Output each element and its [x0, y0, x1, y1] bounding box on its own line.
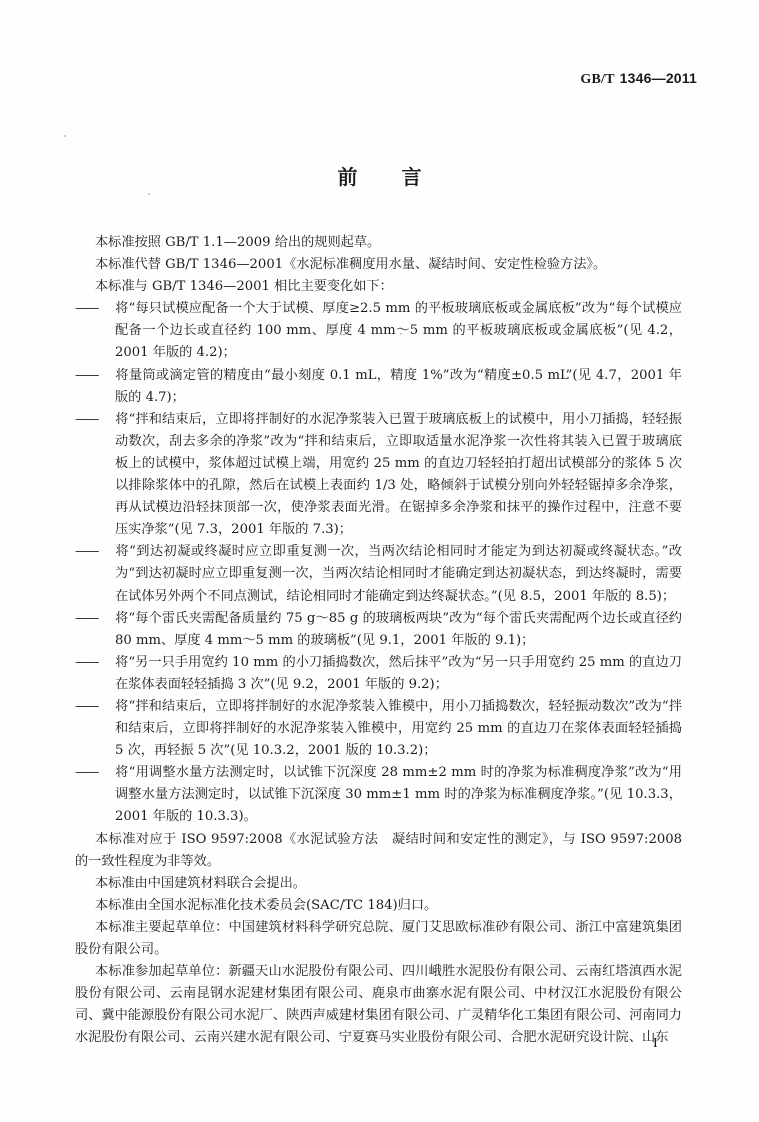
change-item-text: 将“每个雷氏夹需配备质量约 75 g～85 g 的玻璃板两块”改为“每个雷氏夹需… — [115, 611, 682, 648]
change-item-text: 将“每只试模应配备一个大于试模、厚度≥2.5 mm 的平板玻璃底板或金属底板”改… — [115, 301, 682, 360]
page-title: 前言 — [0, 161, 759, 190]
change-item: ——将“用调整水量方法测定时，以试锥下沉深度 28 mm±2 mm 时的净浆为标… — [75, 762, 682, 828]
change-item: ——将“每只试模应配备一个大于试模、厚度≥2.5 mm 的平板玻璃底板或金属底板… — [75, 298, 682, 364]
dash-marker: —— — [75, 298, 115, 320]
page-number: I — [653, 1036, 658, 1052]
dash-marker: —— — [75, 696, 115, 718]
paragraph-replaces: 本标准代替 GB/T 1346—2001《水泥标准稠度用水量、凝结时间、安定性检… — [75, 254, 682, 276]
paragraph-administered-by: 本标准由全国水泥标准化技术委员会(SAC/TC 184)归口。 — [75, 895, 682, 917]
dash-marker: —— — [75, 608, 115, 630]
dash-marker: —— — [75, 762, 115, 784]
change-item-text: 将“用调整水量方法测定时，以试锥下沉深度 28 mm±2 mm 时的净浆为标准稠… — [115, 765, 682, 824]
dash-marker: —— — [75, 409, 115, 431]
change-item: ——将“每个雷氏夹需配备质量约 75 g～85 g 的玻璃板两块”改为“每个雷氏… — [75, 608, 682, 652]
dash-marker: —— — [75, 652, 115, 674]
change-item-text: 将“到达初凝或终凝时应立即重复测一次，当两次结论相同时才能定为到达初凝或终凝状态… — [115, 544, 682, 603]
standard-prefix: GB/T — [580, 72, 614, 87]
scan-speck — [148, 193, 150, 195]
change-item-text: 将“另一只手用宽约 10 mm 的小刀插捣数次，然后抹平”改为“另一只手用宽约 … — [115, 655, 682, 692]
standard-number: 1346—2011 — [620, 70, 697, 86]
scan-speck — [400, 333, 402, 335]
change-item: ——将“拌和结束后，立即将拌制好的水泥净浆装入锥模中，用小刀插捣数次，轻轻振动数… — [75, 696, 682, 762]
dash-marker: —— — [75, 541, 115, 563]
document-page: GB/T1346—2011 前言 本标准按照 GB/T 1.1—2009 给出的… — [0, 0, 759, 1122]
change-item: ——将“另一只手用宽约 10 mm 的小刀插捣数次，然后抹平”改为“另一只手用宽… — [75, 652, 682, 696]
paragraph-participating-drafters: 本标准参加起草单位：新疆天山水泥股份有限公司、四川峨胜水泥股份有限公司、云南红塔… — [75, 961, 682, 1049]
paragraph-proposed-by: 本标准由中国建筑材料联合会提出。 — [75, 873, 682, 895]
paragraph-iso-correspondence: 本标准对应于 ISO 9597:2008《水泥试验方法 凝结时间和安定性的测定》… — [75, 829, 682, 873]
standard-code-header: GB/T1346—2011 — [580, 70, 697, 88]
paragraph-changes-intro: 本标准与 GB/T 1346—2001 相比主要变化如下： — [75, 276, 682, 298]
foreword-body: 本标准按照 GB/T 1.1—2009 给出的规则起草。 本标准代替 GB/T … — [75, 232, 682, 1049]
dash-marker: —— — [75, 365, 115, 387]
change-item: ——将“拌和结束后，立即将拌制好的水泥净浆装入已置于玻璃底板上的试模中，用小刀插… — [75, 409, 682, 542]
change-item-text: 将“拌和结束后，立即将拌制好的水泥净浆装入锥模中，用小刀插捣数次，轻轻振动数次”… — [115, 699, 682, 758]
change-item: ——将“到达初凝或终凝时应立即重复测一次，当两次结论相同时才能定为到达初凝或终凝… — [75, 541, 682, 607]
change-item-text: 将量筒或滴定管的精度由“最小刻度 0.1 mL，精度 1%”改为“精度±0.5 … — [115, 368, 682, 405]
change-item-text: 将“拌和结束后，立即将拌制好的水泥净浆装入已置于玻璃底板上的试模中，用小刀插捣，… — [115, 412, 682, 537]
paragraph-drafting-rules: 本标准按照 GB/T 1.1—2009 给出的规则起草。 — [75, 232, 682, 254]
scan-speck — [64, 135, 66, 137]
change-item: ——将量筒或滴定管的精度由“最小刻度 0.1 mL，精度 1%”改为“精度±0.… — [75, 365, 682, 409]
paragraph-main-drafters: 本标准主要起草单位：中国建筑材料科学研究总院、厦门艾思欧标准砂有限公司、浙江中富… — [75, 917, 682, 961]
changes-list: ——将“每只试模应配备一个大于试模、厚度≥2.5 mm 的平板玻璃底板或金属底板… — [75, 298, 682, 828]
